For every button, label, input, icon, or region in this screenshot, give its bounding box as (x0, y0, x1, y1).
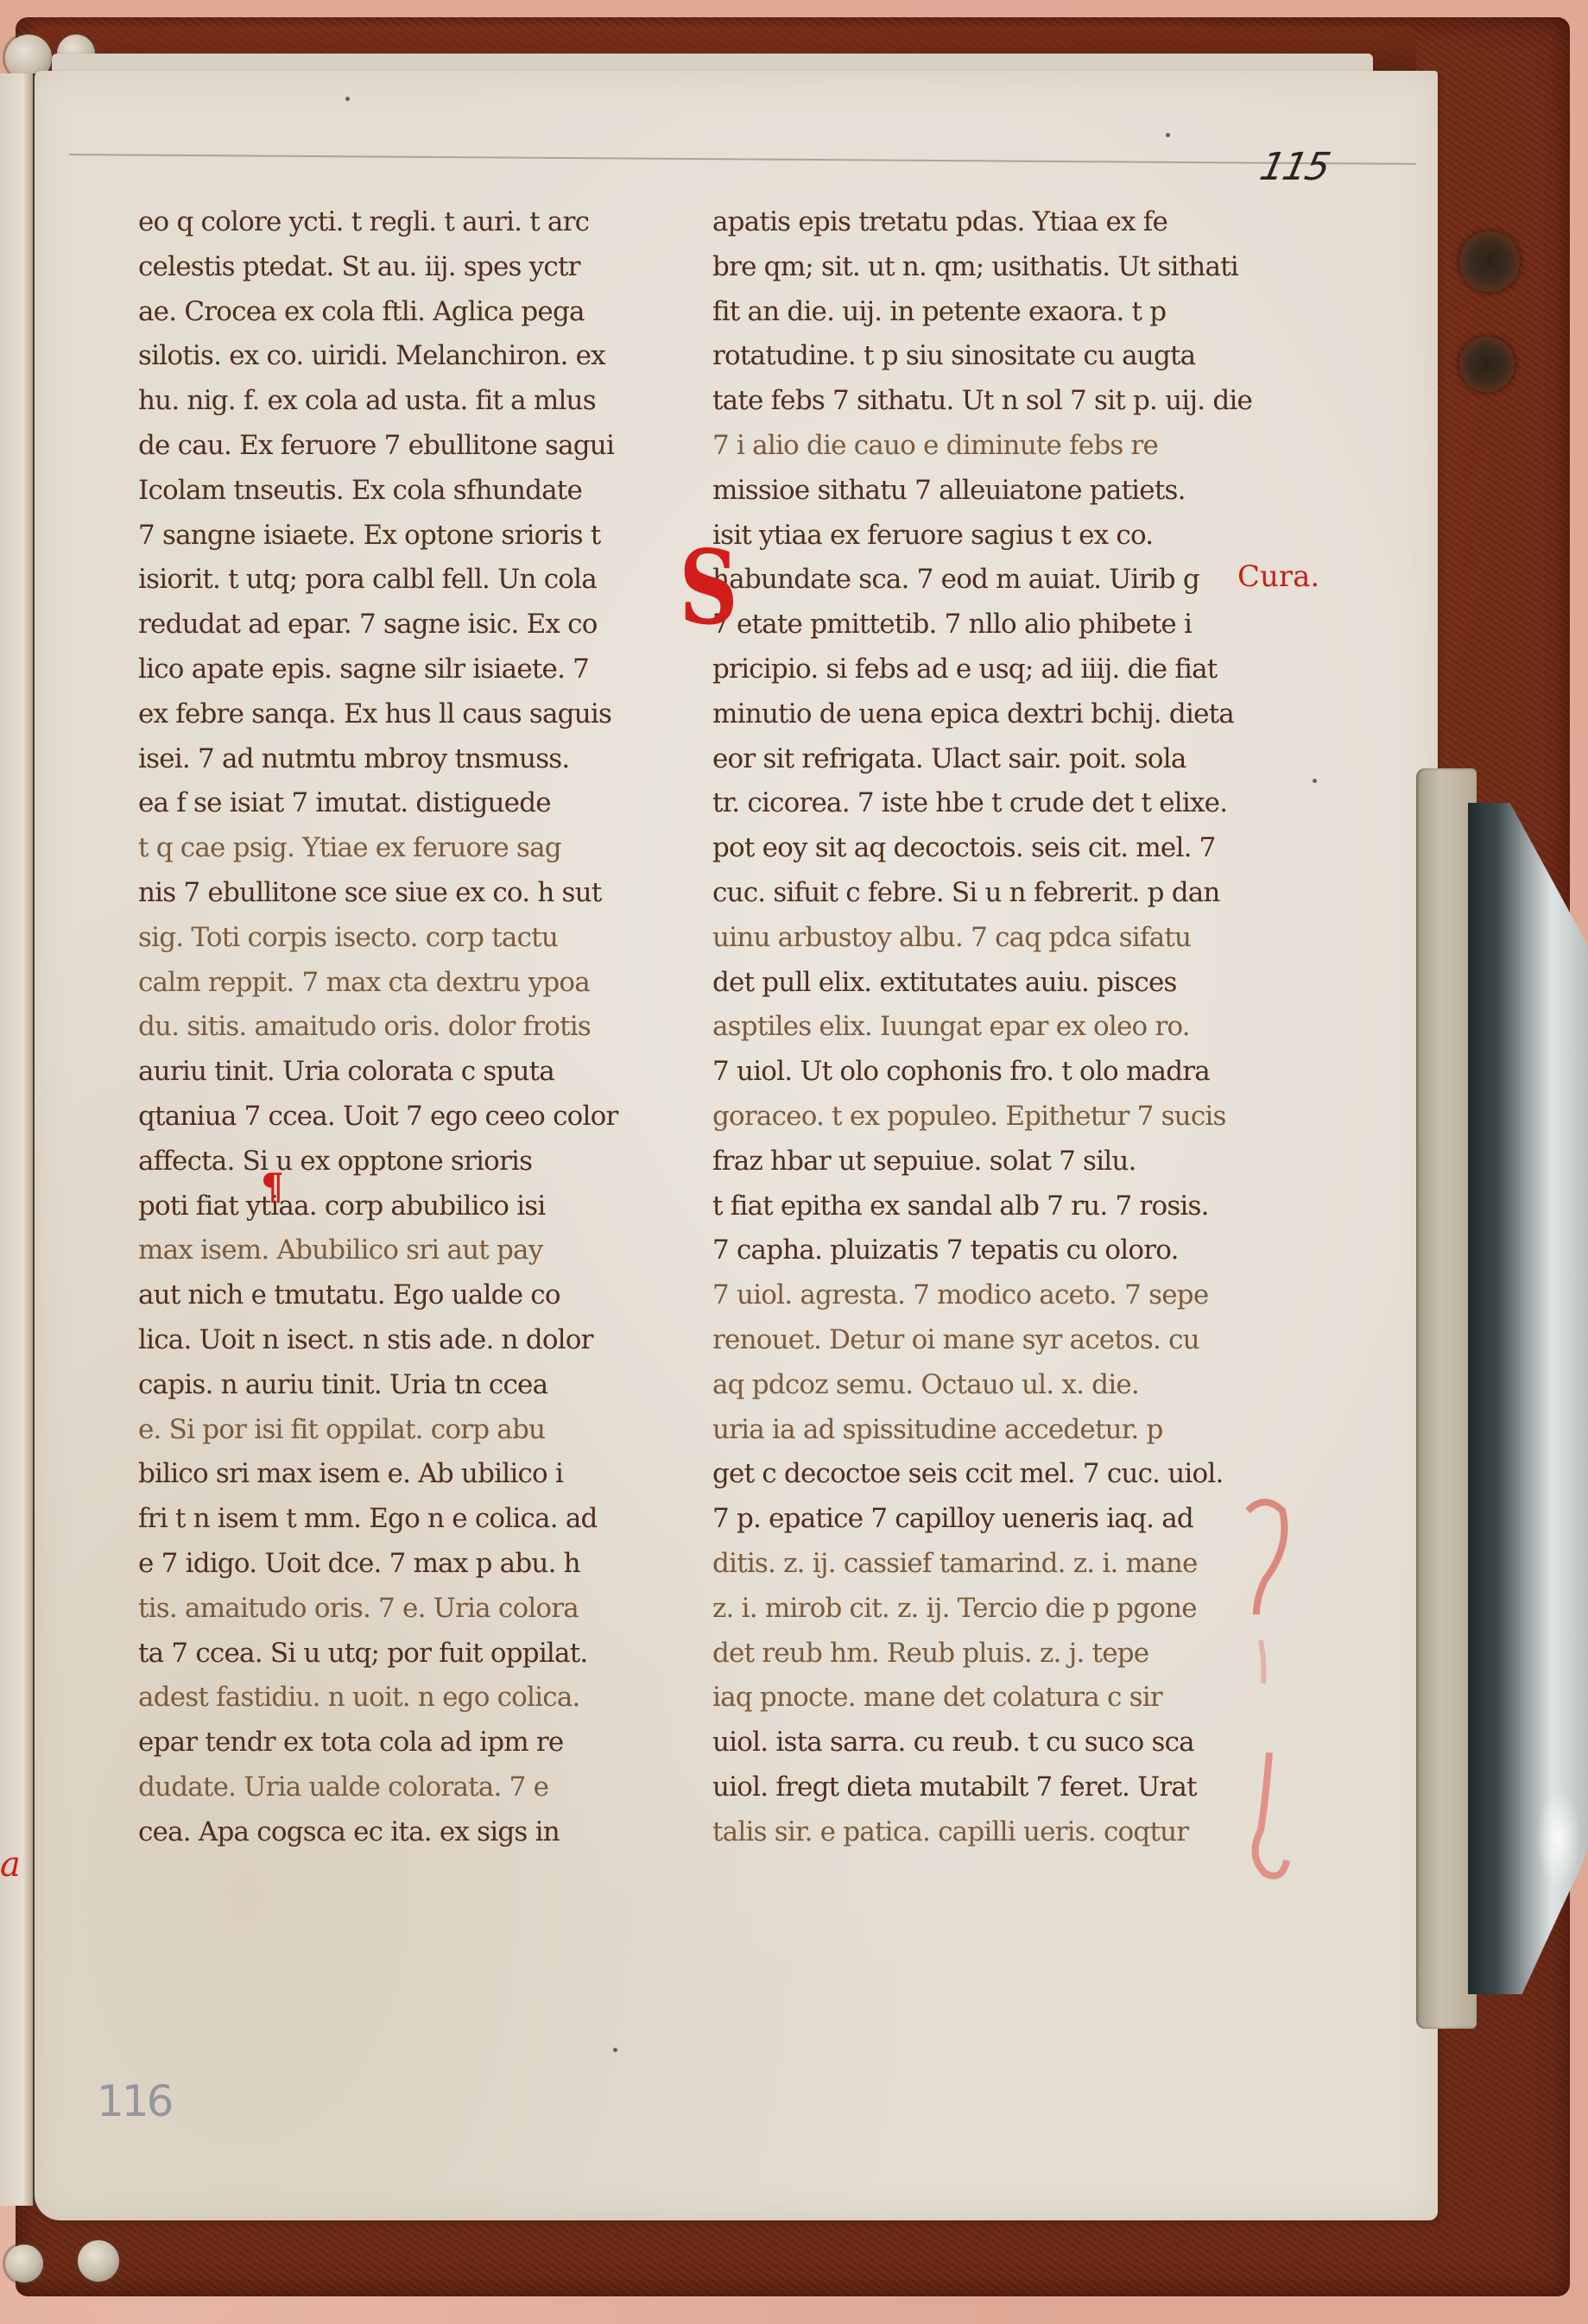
text-line: talis sir. e patica. capilli ueris. coqt… (712, 1810, 1265, 1855)
text-line: capis. n auriu tinit. Uria tn ccea (138, 1363, 674, 1408)
text-line: celestis ptedat. St au. iij. spes yctr (138, 245, 674, 290)
text-line: lica. Uoit n isect. n stis ade. n dolor (138, 1318, 674, 1363)
marginal-rubric-heading: Cura. (1237, 559, 1319, 594)
text-line: ae. Crocea ex cola ftli. Aglica pega (138, 290, 674, 335)
text-line: renouet. Detur oi mane syr acetos. cu (712, 1318, 1265, 1363)
pencil-shelf-number: 116 (97, 2076, 171, 2126)
text-line: fraz hbar ut sepuiue. solat 7 silu. (712, 1140, 1265, 1184)
text-line: 7 uiol. agresta. 7 modico aceto. 7 sepe (712, 1273, 1265, 1318)
text-line: dudate. Uria ualde colorata. 7 e (138, 1765, 674, 1810)
text-line: e. Si por isi fit oppilat. corp abu (138, 1408, 674, 1453)
ink-speck (613, 2048, 617, 2052)
text-line: z. i. mirob cit. z. ij. Tercio die p pgo… (712, 1587, 1265, 1632)
clip-highlight (1537, 1787, 1580, 1891)
text-line: det pull elix. extitutates auiu. pisces (712, 961, 1265, 1006)
text-line: max isem. Abubilico sri aut pay (138, 1228, 674, 1273)
frame-bolt-icon (1459, 337, 1515, 392)
text-line: fit an die. uij. in petente exaora. t p (712, 290, 1265, 335)
facing-page-edge: a (0, 73, 35, 2206)
text-line: 7 i alio die cauo e diminute febs re (712, 424, 1265, 469)
text-line: cuc. sifuit c febre. Si u n febrerit. p … (712, 871, 1265, 916)
text-line: isit ytiaa ex feruore sagius t ex co. (712, 514, 1265, 559)
text-line: de cau. Ex feruore 7 ebullitone sagui (138, 424, 674, 469)
text-line: cea. Apa cogsca ec ita. ex sigs in (138, 1810, 674, 1855)
text-line: 7 p. epatice 7 capilloy ueneris iaq. ad (712, 1497, 1265, 1542)
text-line: uiol. ista sarra. cu reub. t cu suco sca (712, 1721, 1265, 1765)
text-line: isei. 7 ad nutmtu mbroy tnsmuss. (138, 737, 674, 782)
text-column-left: eo q colore ycti. t regli. t auri. t arc… (138, 200, 674, 1854)
text-line: auriu tinit. Uria colorata c sputa (138, 1050, 674, 1095)
text-line: lico apate epis. sagne silr isiaete. 7 (138, 647, 674, 692)
text-line: 7 etate pmittetib. 7 nllo alio phibete i (712, 603, 1265, 647)
text-line: affecta. Si u ex opptone srioris (138, 1140, 674, 1184)
text-line: uiol. fregt dieta mutabilt 7 feret. Urat (712, 1765, 1265, 1810)
text-line: 7 sangne isiaete. Ex optone srioris t (138, 514, 674, 559)
rubricated-initial: S (680, 537, 738, 639)
text-line: eo q colore ycti. t regli. t auri. t arc (138, 200, 674, 245)
text-line: t fiat epitha ex sandal alb 7 ru. 7 rosi… (712, 1184, 1265, 1229)
frame-rivet-icon (5, 2245, 43, 2283)
text-line: tis. amaitudo oris. 7 e. Uria colora (138, 1587, 674, 1632)
text-line: Icolam tnseutis. Ex cola sfhundate (138, 469, 674, 514)
text-line: 7 capha. pluizatis 7 tepatis cu oloro. (712, 1228, 1265, 1273)
folio-number: 115 (1256, 145, 1333, 189)
text-line: aq pdcoz semu. Octauo ul. x. die. (712, 1363, 1265, 1408)
text-line: sig. Toti corpis isecto. corp tactu (138, 916, 674, 961)
text-line: asptiles elix. Iuungat epar ex oleo ro. (712, 1005, 1265, 1050)
text-line: t q cae psig. Ytiae ex feruore sag (138, 826, 674, 871)
text-line: pot eoy sit aq decoctois. seis cit. mel.… (712, 826, 1265, 871)
text-line: pricipio. si febs ad e usq; ad iiij. die… (712, 647, 1265, 692)
text-line: det reub hm. Reub pluis. z. j. tepe (712, 1632, 1265, 1677)
text-line: e 7 idigo. Uoit dce. 7 max p abu. h (138, 1542, 674, 1587)
ink-speck (1313, 779, 1317, 783)
metal-page-clip (1416, 768, 1588, 2037)
text-line: ta 7 ccea. Si u utq; por fuit oppilat. (138, 1632, 674, 1677)
text-line: bre qm; sit. ut n. qm; usithatis. Ut sit… (712, 245, 1265, 290)
text-line: nis 7 ebullitone sce siue ex co. h sut (138, 871, 674, 916)
text-line: uinu arbustoy albu. 7 caq pdca sifatu (712, 916, 1265, 961)
text-line: fri t n isem t mm. Ego n e colica. ad (138, 1497, 674, 1542)
leaf-fold-line (69, 154, 1416, 165)
text-line: epar tendr ex tota cola ad ipm re (138, 1721, 674, 1765)
clip-plate (1416, 768, 1477, 2029)
marginal-red-drawing-icon (1231, 1494, 1300, 1891)
text-line: get c decoctoe seis ccit mel. 7 cuc. uio… (712, 1452, 1265, 1497)
text-line: 7 uiol. Ut olo cophonis fro. t olo madra (712, 1050, 1265, 1095)
text-line: silotis. ex co. uiridi. Melanchiron. ex (138, 334, 674, 379)
text-line: redudat ad epar. 7 sagne isic. Ex co (138, 603, 674, 647)
text-line: du. sitis. amaitudo oris. dolor frotis (138, 1005, 674, 1050)
ink-speck (345, 97, 350, 101)
text-line: iaq pnocte. mane det colatura c sir (712, 1676, 1265, 1721)
text-line: eor sit refrigata. Ulact sair. poit. sol… (712, 737, 1265, 782)
text-line: adest fastidiu. n uoit. n ego colica. (138, 1676, 674, 1721)
text-line: ea f se isiat 7 imutat. distiguede (138, 781, 674, 826)
text-line: bilico sri max isem e. Ab ubilico i (138, 1452, 674, 1497)
text-line: calm reppit. 7 max cta dextru ypoa (138, 961, 674, 1006)
text-line: aut nich e tmutatu. Ego ualde co (138, 1273, 674, 1318)
manuscript-photo: a 115 eo q colore ycti. t regli. t auri.… (0, 0, 1588, 2324)
text-line: rotatudine. t p siu sinositate cu augta (712, 334, 1265, 379)
facing-page-rubric-fragment: a (0, 1847, 21, 1882)
text-line: qtaniua 7 ccea. Uoit 7 ego ceeo color (138, 1095, 674, 1140)
frame-rivet-icon (78, 2240, 119, 2282)
text-line: hu. nig. f. ex cola ad usta. fit a mlus (138, 379, 674, 424)
text-line: tate febs 7 sithatu. Ut n sol 7 sit p. u… (712, 379, 1265, 424)
text-line: minutio de uena epica dextri bchij. diet… (712, 692, 1265, 737)
text-line: missioe sithatu 7 alleuiatone patiets. (712, 469, 1265, 514)
text-line: apatis epis tretatu pdas. Ytiaa ex fe (712, 200, 1265, 245)
text-column-right: apatis epis tretatu pdas. Ytiaa ex fe br… (712, 200, 1265, 1854)
frame-bolt-icon (1459, 231, 1520, 292)
text-line: ex febre sanqa. Ex hus ll caus saguis (138, 692, 674, 737)
text-line: goraceo. t ex populeo. Epithetur 7 sucis (712, 1095, 1265, 1140)
paragraph-mark-icon: ¶ (261, 1165, 284, 1208)
text-line: isiorit. t utq; pora calbl fell. Un cola (138, 558, 674, 603)
ink-speck (1166, 133, 1170, 137)
text-line: ditis. z. ij. cassief tamarind. z. i. ma… (712, 1542, 1265, 1587)
text-line: tr. cicorea. 7 iste hbe t crude det t el… (712, 781, 1265, 826)
text-line: uria ia ad spissitudine accedetur. p (712, 1408, 1265, 1453)
text-line: poti fiat ytiaa. corp abubilico isi (138, 1184, 674, 1229)
text-line: habundate sca. 7 eod m auiat. Uirib g (712, 558, 1265, 603)
